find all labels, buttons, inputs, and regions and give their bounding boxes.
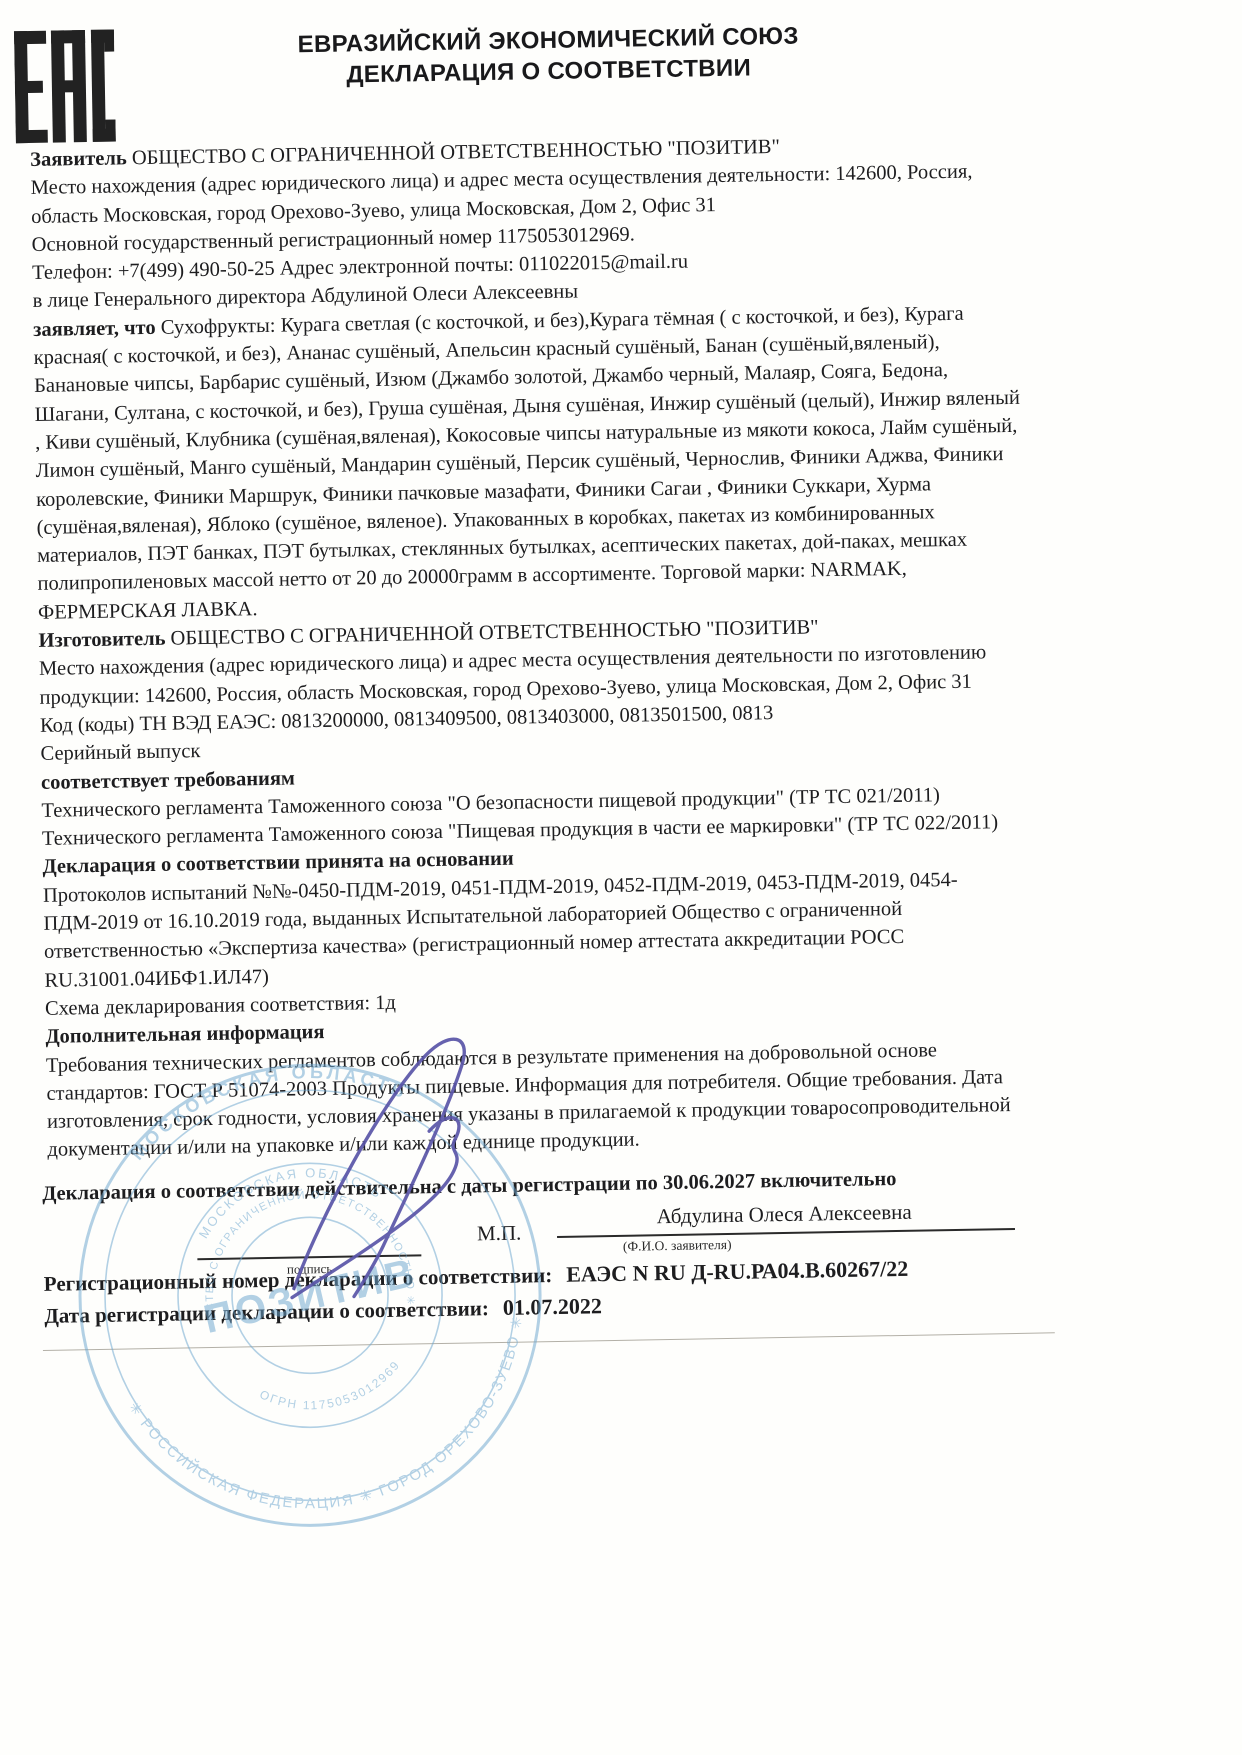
eac-mark-icon: [14, 29, 116, 145]
signature-main-stroke: [290, 1039, 469, 1298]
document-title: ЕВРАЗИЙСКИЙ ЭКОНОМИЧЕСКИЙ СОЮЗ ДЕКЛАРАЦИ…: [238, 20, 859, 93]
manufacturer-label: Изготовитель: [38, 628, 170, 652]
scanned-declaration-page: ЕВРАЗИЙСКИЙ ЭКОНОМИЧЕСКИЙ СОЮЗ ДЕКЛАРАЦИ…: [0, 0, 1242, 1755]
product-description: Сухофрукты: Курага светлая (с косточкой,…: [33, 303, 1020, 624]
applicant-label: Заявитель: [30, 147, 132, 171]
signature-flourish-stroke: [289, 1118, 462, 1298]
handwritten-signature: [177, 1022, 522, 1343]
declaration-body: Заявитель ОБЩЕСТВО С ОГРАНИЧЕННОЙ ОТВЕТС…: [30, 129, 1036, 1165]
signer-name: Абдулина Олеся Алексеевна: [557, 1198, 1012, 1231]
declares-label: заявляет, что: [33, 317, 161, 341]
signer-name-caption: (Ф.И.О. заявителя): [557, 1236, 797, 1256]
scan-rotation-wrapper: ЕВРАЗИЙСКИЙ ЭКОНОМИЧЕСКИЙ СОЮЗ ДЕКЛАРАЦИ…: [0, 0, 1242, 1755]
product-declaration: заявляет, что Сухофрукты: Курага светлая…: [33, 299, 1026, 627]
registration-number-value: ЕАЭС N RU Д-RU.РА04.В.60267/22: [566, 1256, 908, 1287]
eac-letter-c: [91, 30, 116, 142]
eac-letter-a: [51, 30, 87, 143]
eac-letter-e: [14, 31, 48, 144]
test-protocols-text: Протоколов испытаний №№-0450-ПДМ-2019, 0…: [43, 864, 1033, 994]
